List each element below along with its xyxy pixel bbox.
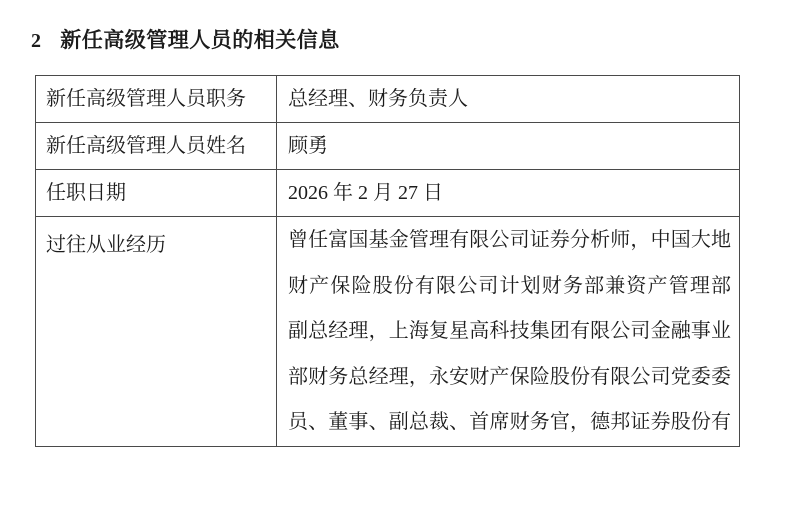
- row-value-name: 顾勇: [277, 123, 740, 170]
- row-value-work-history: 曾任富国基金管理有限公司证券分析师，中国大地 财产保险股份有限公司计划财务部兼资…: [277, 217, 740, 447]
- section-heading: 2 新任高级管理人员的相关信息: [31, 24, 340, 54]
- row-value-start-date: 2026 年 2 月 27 日: [277, 170, 740, 217]
- section-number: 2: [31, 30, 42, 53]
- work-history-line: 财产保险股份有限公司计划财务部兼资产管理部: [288, 264, 731, 310]
- table-row-position: 新任高级管理人员职务 总经理、财务负责人: [36, 76, 740, 123]
- table-row-name: 新任高级管理人员姓名 顾勇: [36, 123, 740, 170]
- table-row-start-date: 任职日期 2026 年 2 月 27 日: [36, 170, 740, 217]
- table-row-work-history: 过往从业经历 曾任富国基金管理有限公司证券分析师，中国大地 财产保险股份有限公司…: [36, 217, 740, 447]
- new-executive-info-table: 新任高级管理人员职务 总经理、财务负责人 新任高级管理人员姓名 顾勇 任职日期 …: [35, 75, 740, 447]
- row-label-position: 新任高级管理人员职务: [36, 76, 277, 123]
- work-history-line: 员、董事、副总裁、首席财务官，德邦证券股份有: [288, 400, 731, 446]
- row-label-name: 新任高级管理人员姓名: [36, 123, 277, 170]
- section-title: 新任高级管理人员的相关信息: [60, 24, 340, 54]
- row-label-start-date: 任职日期: [36, 170, 277, 217]
- work-history-line: 部财务总经理，永安财产保险股份有限公司党委委: [288, 355, 731, 401]
- row-label-work-history: 过往从业经历: [36, 217, 277, 447]
- document-page: 2 新任高级管理人员的相关信息 新任高级管理人员职务 总经理、财务负责人 新任高…: [0, 0, 800, 525]
- row-value-position: 总经理、财务负责人: [277, 76, 740, 123]
- work-history-line: 副总经理，上海复星高科技集团有限公司金融事业: [288, 309, 731, 355]
- work-history-line: 曾任富国基金管理有限公司证券分析师，中国大地: [288, 218, 731, 264]
